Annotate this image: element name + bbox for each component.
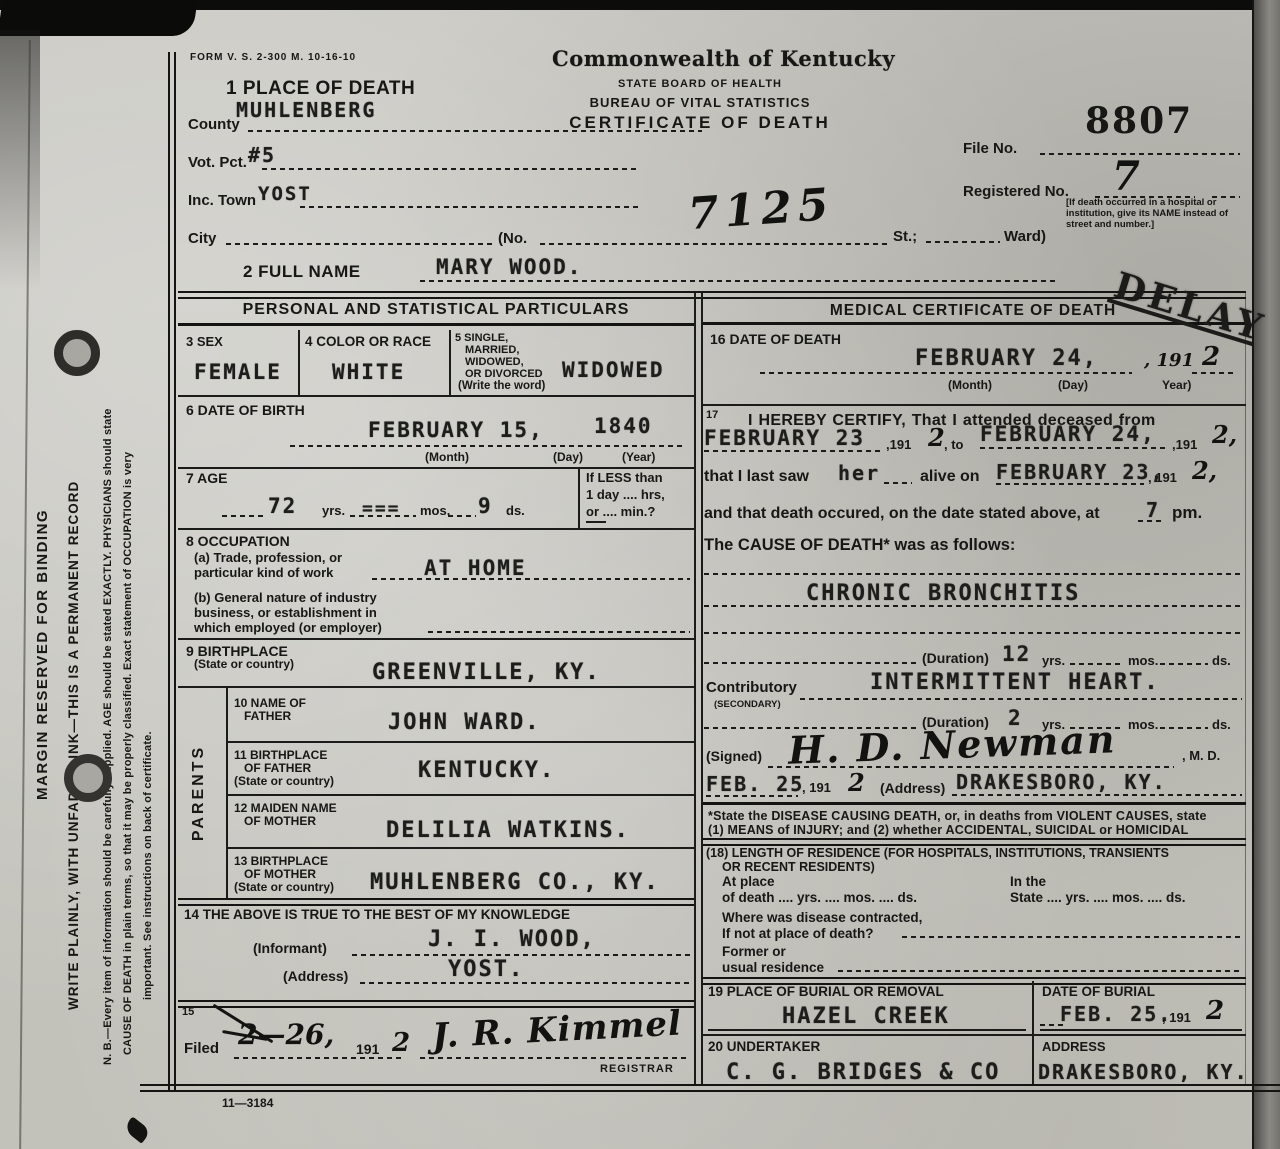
- mother-name-label-line1: 12 MAIDEN NAME: [234, 801, 337, 815]
- registrar-label: REGISTRAR: [600, 1063, 674, 1075]
- last-saw-date-value: FEBRUARY 23,: [996, 460, 1165, 484]
- dod-year-printed: , 191: [1144, 350, 1194, 371]
- informant-line: [352, 954, 690, 956]
- attended-to-line: [980, 447, 1168, 449]
- column-divider-left: [694, 293, 696, 1086]
- attended-from-line: [704, 450, 882, 452]
- row-dod-bottom: [703, 404, 1246, 406]
- box-top-border: [178, 291, 1246, 299]
- signed-address-line: [952, 794, 1242, 796]
- burial-place-line: [708, 1029, 1026, 1031]
- row-age-bottom: [178, 528, 694, 530]
- age-label: 7 AGE: [186, 470, 228, 486]
- attestation-label: 14 THE ABOVE IS TRUE TO THE BEST OF MY K…: [184, 907, 570, 922]
- file-number-big: 8807: [1085, 100, 1193, 142]
- dod-day-sublabel: (Day): [1058, 378, 1088, 392]
- dob-value: FEBRUARY 15,: [368, 418, 544, 442]
- undertaker-address-label: ADDRESS: [1042, 1039, 1106, 1054]
- signed-year-hand: 2: [848, 768, 865, 797]
- contracted-line-dash: [902, 936, 1242, 938]
- margin-permanent-text: WRITE PLAINLY, WITH UNFADING INK—THIS IS…: [66, 481, 81, 1010]
- file-no-line: [1040, 153, 1240, 155]
- father-birthplace-label-line2: OF FATHER: [244, 761, 311, 775]
- row-sex-bottom: [178, 395, 694, 397]
- scan-left-shadow: [0, 30, 40, 290]
- scan-bottom-mark: [123, 1116, 152, 1143]
- informant-address-value: YOST.: [448, 957, 524, 982]
- occupation-b-line1: (b) General nature of industry: [194, 590, 377, 605]
- duration1-ds-label: ds.: [1212, 653, 1231, 668]
- death-certificate-scan: MARGIN RESERVED FOR BINDING WRITE PLAINL…: [0, 0, 1280, 1149]
- last-saw-pronoun-line: [884, 482, 912, 484]
- margin-nb-line3: important. See instructions on back of c…: [142, 731, 154, 1000]
- mother-birthplace-label-line3: (State or country): [234, 880, 334, 894]
- informant-address-line: [360, 982, 690, 984]
- registrar-signature: J. R. Kimmel: [431, 1003, 683, 1056]
- house-no-line: [540, 243, 888, 245]
- cause-line-3: [704, 632, 1242, 634]
- signed-date-line: [706, 795, 798, 797]
- certificate-left-border: [168, 52, 176, 1090]
- filed-line: [234, 1057, 404, 1059]
- attended-to-year-hand: 2,: [1212, 420, 1237, 449]
- duration2-ds-lead: [1160, 727, 1208, 729]
- former-line-dash: [838, 970, 1242, 972]
- attended-from-value: FEBRUARY 23: [704, 426, 865, 450]
- age-years-value: 72: [268, 494, 297, 518]
- residence-title-line1: (18) LENGTH OF RESIDENCE (FOR HOSPITALS,…: [706, 846, 1169, 860]
- burial-column-divider: [1032, 981, 1034, 1084]
- father-name-label-line2: FATHER: [244, 709, 291, 723]
- duration1-lead-line: [704, 662, 916, 664]
- marital-label-line2: MARRIED,: [465, 344, 519, 356]
- punch-hole-top: [54, 330, 100, 376]
- hospital-note: [If death occurred in a hospital or inst…: [1066, 198, 1244, 231]
- mother-birthplace-value: MUHLENBERG CO., KY.: [370, 870, 660, 895]
- filed-year-printed: 191: [356, 1041, 379, 1057]
- undertaker-label: 20 UNDERTAKER: [708, 1039, 820, 1054]
- county-value: MUHLENBERG: [236, 98, 376, 122]
- at-place-label: At place: [722, 874, 775, 889]
- duration1-label: (Duration): [922, 650, 989, 666]
- house-no-value: 7125: [686, 179, 836, 240]
- informant-value: J. I. WOOD,: [428, 927, 596, 952]
- dob-label: 6 DATE OF BIRTH: [186, 402, 305, 418]
- row-occupation-bottom: [178, 638, 694, 640]
- last-saw-year-hand: 2,: [1192, 456, 1217, 485]
- burial-date-value: FEB. 25.: [1060, 1002, 1172, 1026]
- age-end-line: [448, 515, 476, 517]
- cause-line-1: [704, 573, 1242, 575]
- filed-year-hand: 2: [392, 1028, 410, 1058]
- duration1-mos-label: mos.: [1128, 653, 1158, 668]
- burial-year-hand: 2: [1206, 996, 1224, 1026]
- burial-year-printed: , 191: [1162, 1010, 1191, 1025]
- mother-name-label-line2: OF MOTHER: [244, 814, 316, 828]
- mother-birthplace-label-line1: 13 BIRTHPLACE: [234, 854, 328, 868]
- color-race-label: 4 COLOR OR RACE: [305, 334, 431, 349]
- filed-date-value: 2—26,: [238, 1018, 334, 1051]
- dob-month-sublabel: (Month): [425, 450, 469, 464]
- signed-label: (Signed): [706, 748, 762, 764]
- medical-title-rule: [703, 322, 1246, 325]
- father-birthplace-label-line3: (State or country): [234, 774, 334, 788]
- parents-row1-rule: [226, 741, 694, 743]
- cause-intro: The CAUSE OF DEATH* was as follows:: [704, 536, 1015, 555]
- house-no-label: (No.: [498, 230, 527, 247]
- dod-year-sublabel: Year): [1162, 378, 1191, 392]
- duration1-mos-lead: [1070, 663, 1124, 665]
- attended-to-value: FEBRUARY 24,: [980, 422, 1156, 446]
- signed-date-value: FEB. 25: [706, 772, 804, 796]
- informant-label: (Informant): [253, 940, 327, 956]
- dob-line: [290, 445, 686, 447]
- sex-value: FEMALE: [194, 360, 282, 384]
- duration1-ds-lead: [1160, 663, 1208, 665]
- physician-signature: H. D. Newman: [787, 716, 1117, 772]
- marital-label-line5: (Write the word): [458, 380, 545, 392]
- column-divider-right: [701, 293, 703, 1086]
- father-name-value: JOHN WARD.: [388, 710, 540, 735]
- dod-year-line: [1192, 372, 1234, 374]
- in-the-label: In the: [1010, 874, 1046, 889]
- duration2-mos-label: mos.: [1128, 717, 1158, 732]
- parents-row2-rule: [226, 794, 694, 796]
- duration2-ds-label: ds.: [1212, 717, 1231, 732]
- birthplace-value: GREENVILLE, KY.: [372, 660, 601, 685]
- contributory-line: [800, 698, 1242, 700]
- age-mos-label: mos.: [420, 503, 450, 518]
- signed-line: [768, 766, 1174, 768]
- filed-label: Filed: [184, 1040, 219, 1057]
- burial-date-label: DATE OF BURIAL: [1042, 984, 1155, 999]
- signed-address-label: (Address): [880, 780, 945, 796]
- item15-number: 15: [182, 1006, 194, 1018]
- age-lead-line: [222, 515, 266, 517]
- footnote-bottom-rule: [703, 838, 1246, 846]
- death-time-value: 7: [1146, 498, 1160, 522]
- undertaker-value: C. G. BRIDGES & CO: [726, 1060, 1000, 1085]
- state-line: State .... yrs. .... mos. .... ds.: [1010, 890, 1186, 905]
- contributory-label: Contributory: [706, 679, 797, 696]
- secondary-label: (SECONDARY): [714, 699, 781, 710]
- alive-on-label: alive on: [920, 468, 980, 486]
- margin-binding-text: MARGIN RESERVED FOR BINDING: [34, 509, 51, 800]
- color-marital-divider: [449, 330, 451, 395]
- occupation-b-line: [428, 631, 690, 633]
- dob-day-sublabel: (Day): [553, 450, 583, 464]
- medical-cause-bottom-rule: [703, 802, 1246, 805]
- file-no-label: File No.: [963, 140, 1017, 157]
- date-of-death-label: 16 DATE OF DEATH: [710, 331, 841, 347]
- burial-place-value: HAZEL CREEK: [782, 1004, 950, 1029]
- duration1-yrs-label: yrs.: [1042, 653, 1065, 668]
- marital-value: WIDOWED: [562, 358, 665, 382]
- box-bottom-border: [140, 1084, 1280, 1092]
- row-burial-bottom: [703, 1034, 1246, 1036]
- age-ds-label: ds.: [506, 503, 525, 518]
- age-days-value: 9: [478, 494, 493, 518]
- punch-hole-bottom: [64, 754, 112, 802]
- duration1-years-value: 12: [1002, 642, 1031, 666]
- death-time-line-dash: [1138, 520, 1162, 522]
- dob-year-sublabel: (Year): [622, 450, 655, 464]
- attended-from-year-hand: 2: [928, 423, 945, 452]
- precinct-line: [262, 168, 640, 170]
- last-saw-year-printed: , 191: [1148, 470, 1177, 485]
- town-line: [300, 206, 640, 208]
- city-label: City: [188, 230, 216, 247]
- contracted-line2: If not at place of death?: [722, 926, 874, 941]
- dob-year-value: 1840: [594, 414, 653, 438]
- street-label: St.;: [893, 228, 917, 245]
- attended-from-year-printed: ,191: [886, 437, 911, 452]
- row-birthplace-bottom: [178, 686, 694, 688]
- death-time-line: and that death occured, on the date stat…: [704, 505, 1100, 523]
- bureau-title: BUREAU OF VITAL STATISTICS: [552, 95, 848, 110]
- town-label: Inc. Town: [188, 192, 256, 209]
- row-dob-bottom: [178, 467, 694, 469]
- informant-address-label: (Address): [283, 968, 348, 984]
- dod-month-sublabel: (Month): [948, 378, 992, 392]
- registered-no-label: Registered No.: [963, 183, 1069, 200]
- marital-label-line3: WIDOWED,: [465, 356, 524, 368]
- town-value: YOST: [258, 183, 312, 205]
- cause-of-death-value: CHRONIC BRONCHITIS: [806, 581, 1080, 606]
- occupation-a-value: AT HOME: [424, 556, 527, 580]
- box-right-border: [1245, 293, 1246, 1086]
- full-name-value: MARY WOOD.: [436, 255, 582, 279]
- last-saw-pronoun: her: [838, 461, 880, 485]
- print-code: 11—3184: [222, 1096, 273, 1110]
- margin-nb-line2: CAUSE OF DEATH in plain terms, so that i…: [122, 452, 134, 1055]
- parents-vertical-label: PARENTS: [190, 693, 208, 893]
- registrar-line: [420, 1057, 690, 1059]
- item17-number: 17: [706, 409, 718, 421]
- commonwealth-title: Commonwealth of Kentucky: [552, 46, 848, 71]
- occupation-label: 8 OCCUPATION: [186, 533, 290, 549]
- board-title: STATE BOARD OF HEALTH: [552, 78, 848, 90]
- sex-color-divider: [298, 330, 300, 395]
- less-than-underline: [586, 521, 606, 523]
- county-label: County: [188, 116, 240, 133]
- marital-label-line1: 5 SINGLE,: [455, 332, 508, 344]
- burial-place-label: 19 PLACE OF BURIAL OR REMOVAL: [708, 984, 944, 999]
- occupation-a-line2: particular kind of work: [194, 565, 333, 580]
- cause-line-2: [704, 605, 1242, 607]
- full-name-label: 2 FULL NAME: [243, 262, 361, 282]
- less-than-line1: If LESS than: [586, 470, 663, 485]
- contracted-line1: Where was disease contracted,: [722, 910, 922, 925]
- attended-to-year-printed: ,191: [1172, 437, 1197, 452]
- parents-bottom-rule: [178, 898, 694, 906]
- personal-title-rule: [178, 323, 694, 326]
- burial-date-line: [1040, 1029, 1242, 1031]
- street-line: [926, 241, 1000, 243]
- personal-section-title: PERSONAL AND STATISTICAL PARTICULARS: [178, 301, 694, 319]
- less-than-line3: or .... min.?: [586, 504, 655, 519]
- sex-label: 3 SEX: [186, 334, 223, 349]
- footnote-line1: *State the DISEASE CAUSING DEATH, or, in…: [708, 809, 1207, 823]
- occupation-a-line1: (a) Trade, profession, or: [194, 550, 342, 565]
- place-of-death-heading: 1 PLACE OF DEATH: [226, 78, 415, 100]
- age-yrs-label: yrs.: [322, 503, 345, 518]
- contributory-value: INTERMITTENT HEART.: [870, 670, 1160, 695]
- registered-no-value: 7: [1112, 153, 1140, 200]
- birthplace-sublabel: (State or country): [194, 657, 294, 671]
- death-time-suffix: pm.: [1172, 503, 1202, 523]
- parents-row3-rule: [226, 847, 694, 849]
- father-birthplace-label-line1: 11 BIRTHPLACE: [234, 748, 327, 762]
- date-of-death-line: [760, 372, 1132, 374]
- less-than-line2: 1 day .... hrs,: [586, 487, 665, 502]
- signed-address-value: DRAKESBORO, KY.: [956, 770, 1167, 794]
- footnote-line2: (1) MEANS of INJURY; and (2) whether ACC…: [708, 823, 1188, 837]
- occupation-b-line3: which employed (or employer): [194, 620, 382, 635]
- date-of-death-value: FEBRUARY 24,: [915, 346, 1098, 371]
- former-line2: usual residence: [722, 960, 824, 975]
- last-saw-pre: that I last saw: [704, 468, 809, 486]
- certificate-title: CERTIFICATE OF DEATH: [540, 113, 860, 133]
- margin-nb-line1: N. B.—Every item of information should b…: [102, 408, 114, 1065]
- color-race-value: WHITE: [332, 360, 405, 384]
- mother-birthplace-label-line2: OF MOTHER: [244, 867, 316, 881]
- mother-name-value: DELILIA WATKINS.: [386, 818, 630, 843]
- dod-year-hand: 2: [1202, 342, 1220, 372]
- md-label: , M. D.: [1182, 748, 1220, 763]
- signed-year-printed: , 191: [802, 780, 831, 795]
- father-birthplace-value: KENTUCKY.: [418, 758, 555, 783]
- age-mid-line: [350, 515, 416, 517]
- former-line1: Former or: [722, 944, 786, 959]
- scan-right-band: [1252, 0, 1280, 1149]
- undertaker-address-value: DRAKESBORO, KY.: [1038, 1060, 1249, 1084]
- ward-label: Ward): [1004, 228, 1046, 245]
- occupation-a-line: [372, 578, 690, 580]
- parents-strip-divider: [226, 686, 228, 900]
- city-line: [226, 243, 494, 245]
- age-lessbox-divider: [578, 467, 580, 528]
- last-saw-date-line: [996, 483, 1144, 485]
- form-number: FORM V. S. 2-300 M. 10-16-10: [190, 52, 356, 63]
- precinct-label: Vot. Pct.: [188, 154, 247, 171]
- full-name-line: [420, 280, 1056, 282]
- occupation-b-line2: business, or establishment in: [194, 605, 377, 620]
- precinct-value: #5: [248, 143, 276, 167]
- of-death-line: of death .... yrs. .... mos. .... ds.: [722, 890, 917, 905]
- father-name-label-line1: 10 NAME OF: [234, 696, 306, 710]
- attended-to-label: , to: [944, 437, 964, 452]
- marital-label-line4: OR DIVORCED: [465, 368, 543, 380]
- residence-title-line2: OR RECENT RESIDENTS): [722, 860, 875, 874]
